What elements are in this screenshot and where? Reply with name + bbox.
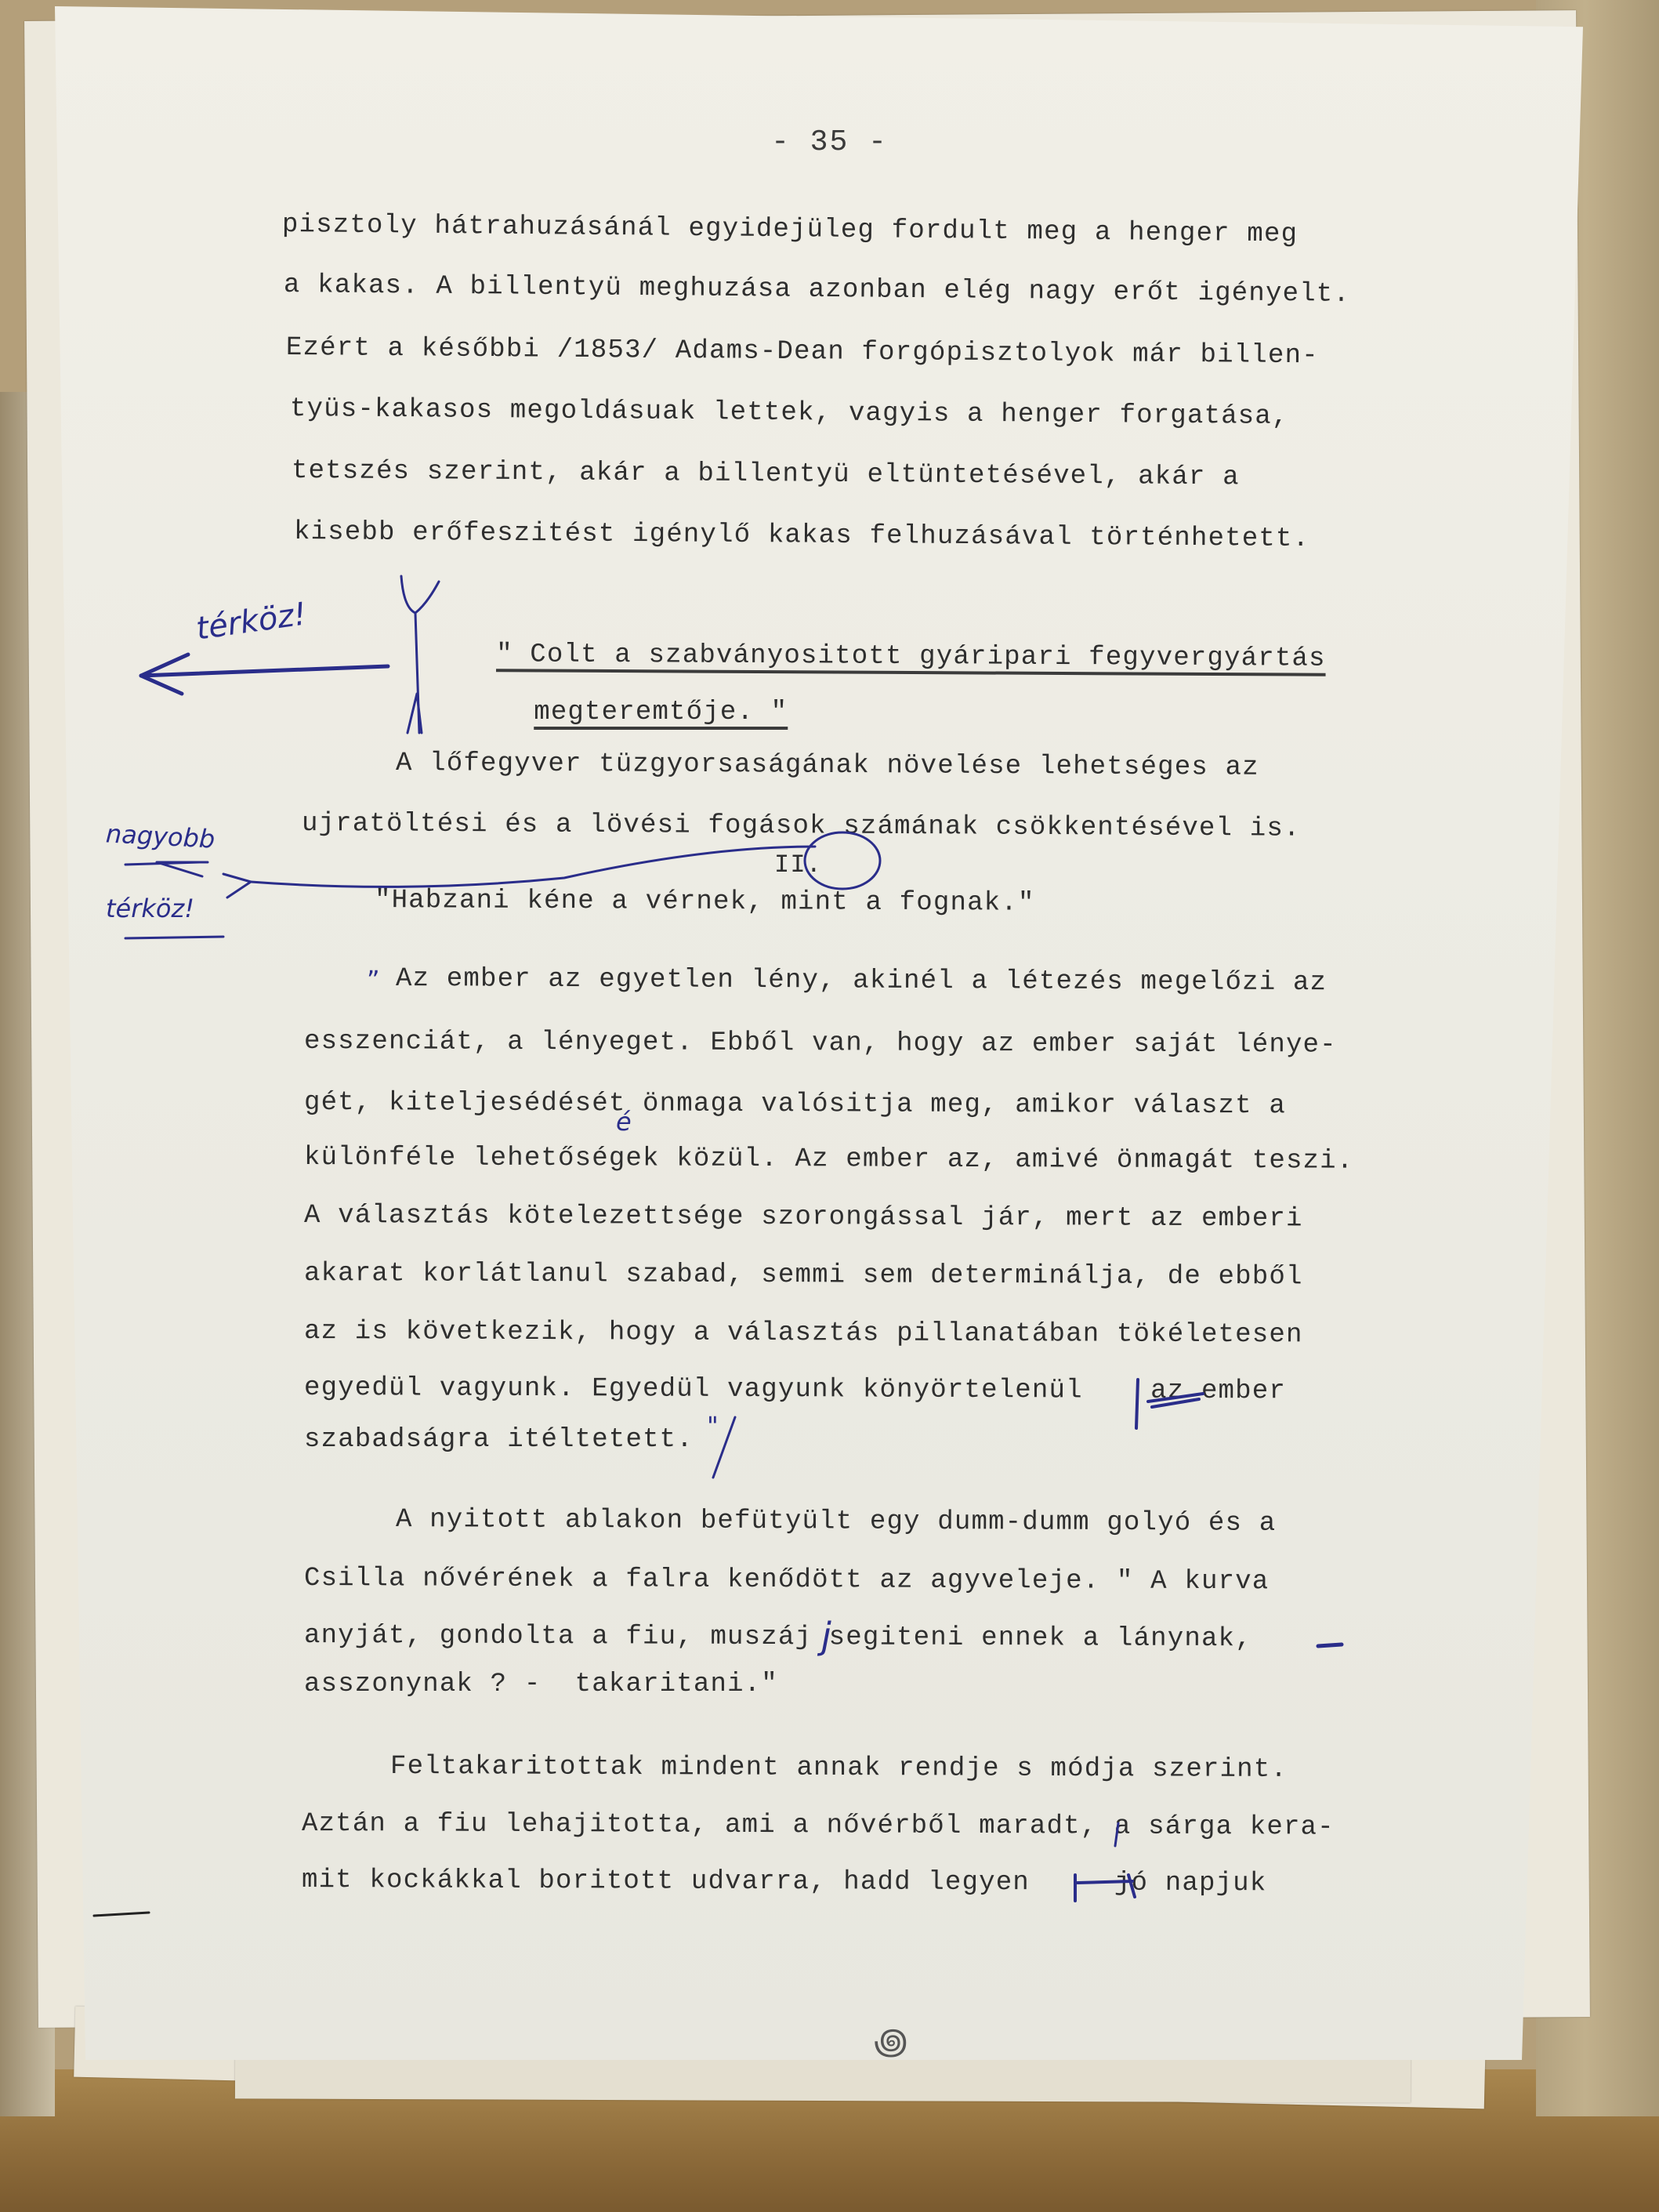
text-line: szabadságra itéltetett. <box>304 1425 694 1455</box>
text-line: asszonynak ? - takaritani." <box>304 1670 778 1699</box>
text-line: Feltakaritottak mindent annak rendje s m… <box>390 1752 1288 1785</box>
text-line: A lőfegyver tüzgyorsaságának növelése le… <box>396 749 1259 783</box>
section-heading-line: megteremtője. " <box>500 668 788 727</box>
text-line: Aztán a fiu lehajitotta, ami a nővérből … <box>302 1809 1335 1843</box>
signature-mark: ꩜ <box>874 2014 908 2067</box>
inserted-quote-mark: „ <box>367 950 380 980</box>
section-marker: II. <box>774 850 822 879</box>
inserted-closing-quote: " <box>707 1411 719 1441</box>
text-line: esszenciát, a lényeget. Ebből van, hogy … <box>304 1027 1337 1061</box>
text-line: az is következik, hogy a választás pilla… <box>304 1317 1303 1350</box>
text-line: Csilla nővérének a falra kenődött az agy… <box>304 1564 1270 1597</box>
text-line: A választás kötelezettsége szorongással … <box>304 1201 1303 1234</box>
text-line: anyját, gondolta a fiu, muszáj segiteni … <box>304 1621 1252 1654</box>
page-number: - 35 - <box>0 125 1659 159</box>
margin-note-spacing-2: térköz! <box>106 894 194 923</box>
text-line: egyedül vagyunk. Egyedül vagyunk könyört… <box>304 1373 1286 1406</box>
section-heading-line: " Colt a szabványositott gyáripari fegyv… <box>462 610 1326 674</box>
text-line: Az ember az egyetlen lény, akinél a léte… <box>396 964 1327 998</box>
letter-correction-j: j <box>821 1615 831 1657</box>
margin-note-larger: nagyobb <box>105 818 216 854</box>
heading-text: megteremtője. " <box>534 698 788 727</box>
text-line: különféle lehetőségek közül. Az ember az… <box>304 1143 1354 1177</box>
text-line: akarat korlátlanul szabad, semmi sem det… <box>304 1259 1303 1292</box>
text-line: gét, kiteljesédését önmaga valósitja meg… <box>304 1088 1286 1121</box>
text-line: A nyitott ablakon befütyült egy dumm-dum… <box>396 1505 1277 1539</box>
text-line: mit kockákkal boritott udvarra, hadd leg… <box>302 1866 1267 1898</box>
inserted-letter-correction: é <box>616 1107 632 1137</box>
quote-line: "Habzani kéne a vérnek, mint a fognak." <box>375 886 1035 919</box>
text-line: ujratöltési és a lövési fogások számának… <box>302 809 1301 844</box>
